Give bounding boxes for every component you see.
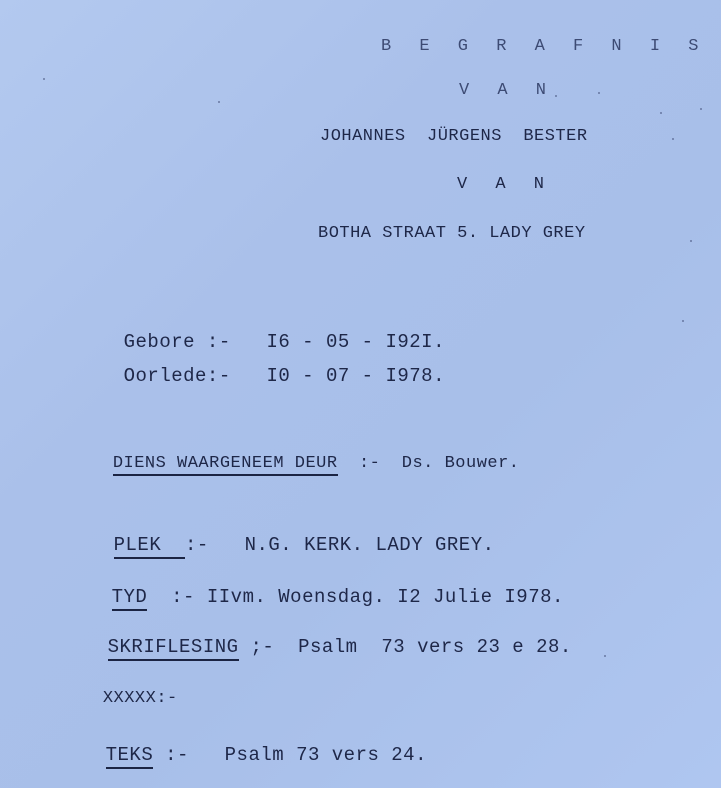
- officiant-row: DIENS WAARGENEEM DEUR :- Ds. Bouwer.: [70, 435, 520, 495]
- officiant-separator: :-: [359, 454, 380, 473]
- ink-speck: [218, 101, 220, 103]
- place-label: PLEK: [114, 534, 185, 559]
- officiant-value: Ds. Bouwer.: [402, 454, 520, 473]
- time-separator: :-: [171, 586, 195, 608]
- place-value: N.G. KERK. LADY GREY.: [245, 534, 495, 556]
- struck-label: XXXXX:-: [103, 689, 178, 708]
- reading-label: SKRIFLESING: [108, 636, 239, 661]
- ink-speck: [160, 342, 162, 344]
- ink-speck: [555, 95, 557, 97]
- ink-speck: [690, 240, 692, 242]
- ink-speck: [598, 92, 600, 94]
- died-row: Oorlede:- I0 - 07 - I978.: [76, 343, 445, 409]
- died-label: Oorlede:-: [124, 365, 231, 387]
- ink-speck: [700, 108, 702, 110]
- ink-speck: [604, 655, 606, 657]
- reading-separator: ;-: [250, 636, 274, 658]
- ink-speck: [660, 112, 662, 114]
- time-label: TYD: [112, 586, 148, 611]
- officiant-label: DIENS WAARGENEEM DEUR: [113, 454, 338, 476]
- died-value: I0 - 07 - I978.: [266, 365, 445, 387]
- deceased-name: JOHANNES JÜRGENS BESTER: [320, 127, 588, 146]
- ink-speck: [682, 320, 684, 322]
- address: BOTHA STRAAT 5. LADY GREY: [318, 224, 586, 243]
- typewritten-funeral-notice: B E G R A F N I S V A N JOHANNES JÜRGENS…: [0, 0, 721, 788]
- ink-speck: [152, 466, 154, 468]
- text-value: Psalm 73 vers 24.: [225, 744, 427, 766]
- place-separator: :-: [185, 534, 209, 556]
- notice-title: B E G R A F N I S: [381, 37, 707, 56]
- time-value: IIvm. Woensdag. I2 Julie I978.: [207, 586, 564, 608]
- reading-value: Psalm 73 vers 23 e 28.: [298, 636, 572, 658]
- text-label: TEKS: [106, 744, 154, 769]
- ink-speck: [672, 138, 674, 140]
- struck-row: XXXXX:-: [60, 670, 178, 727]
- text-separator: :-: [165, 744, 189, 766]
- van-line-2: V A N: [457, 175, 553, 194]
- text-row: TEKS :- Psalm 73 vers 24.: [58, 722, 427, 788]
- ink-speck: [43, 78, 45, 80]
- van-line-1: V A N: [459, 81, 555, 100]
